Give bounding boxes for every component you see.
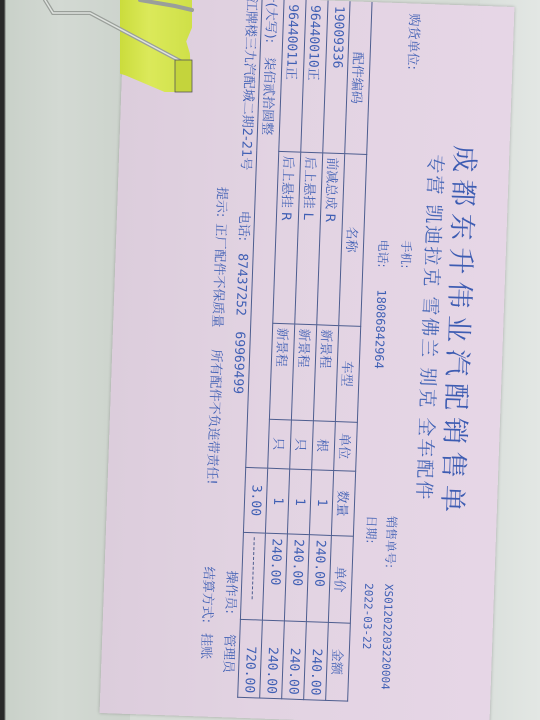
phone-value: 18086842964: [372, 289, 389, 369]
binder-clip-wire-icon: [0, 0, 540, 120]
notice-text-1: 正厂配件不保质量: [209, 223, 228, 327]
store-phone-numbers: 87437252 69969499: [230, 253, 250, 394]
total-quantity: 3.00: [243, 467, 267, 533]
unit-price: 240.00: [306, 535, 331, 622]
settlement-label: 结算方式:: [199, 566, 216, 623]
total-amount: 720.00: [238, 619, 263, 698]
order-number-field: 销售单号: XS01202203220004: [378, 516, 399, 690]
amount: 240.00: [304, 622, 329, 701]
unit: 只: [290, 420, 314, 470]
operator-value: 管理员: [220, 634, 236, 674]
unit-price: 240.00: [284, 534, 309, 621]
date-label: 日期:: [364, 515, 379, 544]
unit: 只: [268, 419, 292, 469]
settlement-value: 挂账: [198, 633, 214, 660]
car-model: 新景程: [291, 324, 316, 421]
settlement-field: 结算方式: 挂账: [198, 566, 216, 659]
order-number-value: XS01202203220004: [379, 584, 396, 690]
quantity: 1: [265, 468, 289, 534]
car-model: 新景程: [269, 323, 294, 420]
notice-text-2: 所有配件不负连带责任!: [204, 349, 224, 485]
phone-label: 电话:: [375, 239, 390, 268]
order-number-label: 销售单号:: [383, 516, 399, 569]
header-amount: 金额: [326, 622, 351, 701]
amount: 240.00: [282, 621, 307, 700]
date-field: 日期: 2022-03-22: [359, 515, 379, 650]
unit-price: 240.00: [262, 533, 287, 620]
unit: 根: [312, 421, 336, 471]
header-quantity: 数量: [331, 470, 355, 536]
header-unit-price: 单价: [328, 536, 353, 623]
car-model: 新景程: [313, 324, 338, 421]
header-unit: 单位: [334, 421, 358, 471]
phone-field: 电话: 18086842964: [372, 239, 391, 369]
total-price-blank: [240, 533, 265, 620]
header-car-model: 车型: [335, 325, 360, 422]
operator-label: 操作员:: [222, 570, 239, 614]
quantity: 1: [287, 469, 311, 535]
date-value: 2022-03-22: [360, 583, 375, 650]
notice: 提示: 正厂配件不保质量 所有配件不负连带责任!: [204, 187, 229, 485]
store-phone-label: 电话:: [235, 210, 251, 241]
amount: 240.00: [260, 620, 285, 699]
operator-field: 操作员: 管理员: [220, 570, 239, 673]
dashed-line: [252, 538, 255, 600]
quantity: 1: [309, 470, 333, 536]
notice-label: 提示:: [213, 187, 229, 218]
mobile-label: 手机:: [398, 240, 413, 269]
